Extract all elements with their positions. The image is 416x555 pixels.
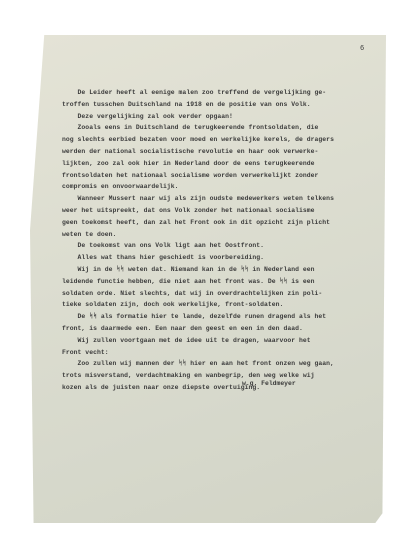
text-line: weer het uitspreekt, dat ons Volk zonder… [62,205,382,217]
text-line: frontsoldaten het nationaal socialisme w… [62,170,382,182]
text-line: De Leider heeft al eenige malen zoo tref… [62,87,382,99]
text-line: Zooals eens in Duitschland de terugkeere… [62,122,382,134]
text-line: weten te doen. [62,229,382,241]
signature: w.g. Feldmeyer [242,380,296,387]
text-line: werden der national socialistische revol… [62,146,382,158]
text-line: De ᛋᛋ als formatie hier te lande, dezelf… [62,311,382,323]
text-line: Zoo zullen wij mannen der ᛋᛋ hier en aan… [62,358,382,370]
text-line: troffen tusschen Duitschland na 1918 en … [62,99,382,111]
text-line: Front vecht: [62,347,382,359]
text-line: nog slechts eerbied bezaten voor moed en… [62,134,382,146]
text-line: Wij zullen voortgaan met de idee uit te … [62,335,382,347]
text-line: trots misverstand, verdachtmaking en wan… [62,370,382,382]
text-line: compromis en onvoorwaardelijk. [62,181,382,193]
letter-body: De Leider heeft al eenige malen zoo tref… [62,87,382,394]
text-line: kozen als de juisten naar onze diepste o… [62,382,382,394]
text-line: De toekomst van ons Volk ligt aan het Oo… [62,240,382,252]
text-line: soldaten orde. Niet slechts, dat wij in … [62,288,382,300]
text-line: front, is daarmede een. Een naar den gee… [62,323,382,335]
text-line: Wanneer Mussert naar wij als zijn oudste… [62,193,382,205]
typewritten-page: 6 De Leider heeft al eenige malen zoo tr… [30,35,386,523]
text-line: geen toekomst heeft, dan zal het Front o… [62,217,382,229]
text-line: Wij in de ᛋᛋ weten dat. Niemand kan in d… [62,264,382,276]
text-line: Alles wat thans hier geschiedt is voorbe… [62,252,382,264]
text-line: Deze vergelijking zal ook verder opgaan! [62,111,382,123]
page-number: 6 [360,45,364,53]
text-line: tieke soldaten zijn, doch ook werkelijke… [62,299,382,311]
text-line: leidende functie hebben, die niet aan he… [62,276,382,288]
text-line: lijkten, zoo zal ook hier in Nederland d… [62,158,382,170]
